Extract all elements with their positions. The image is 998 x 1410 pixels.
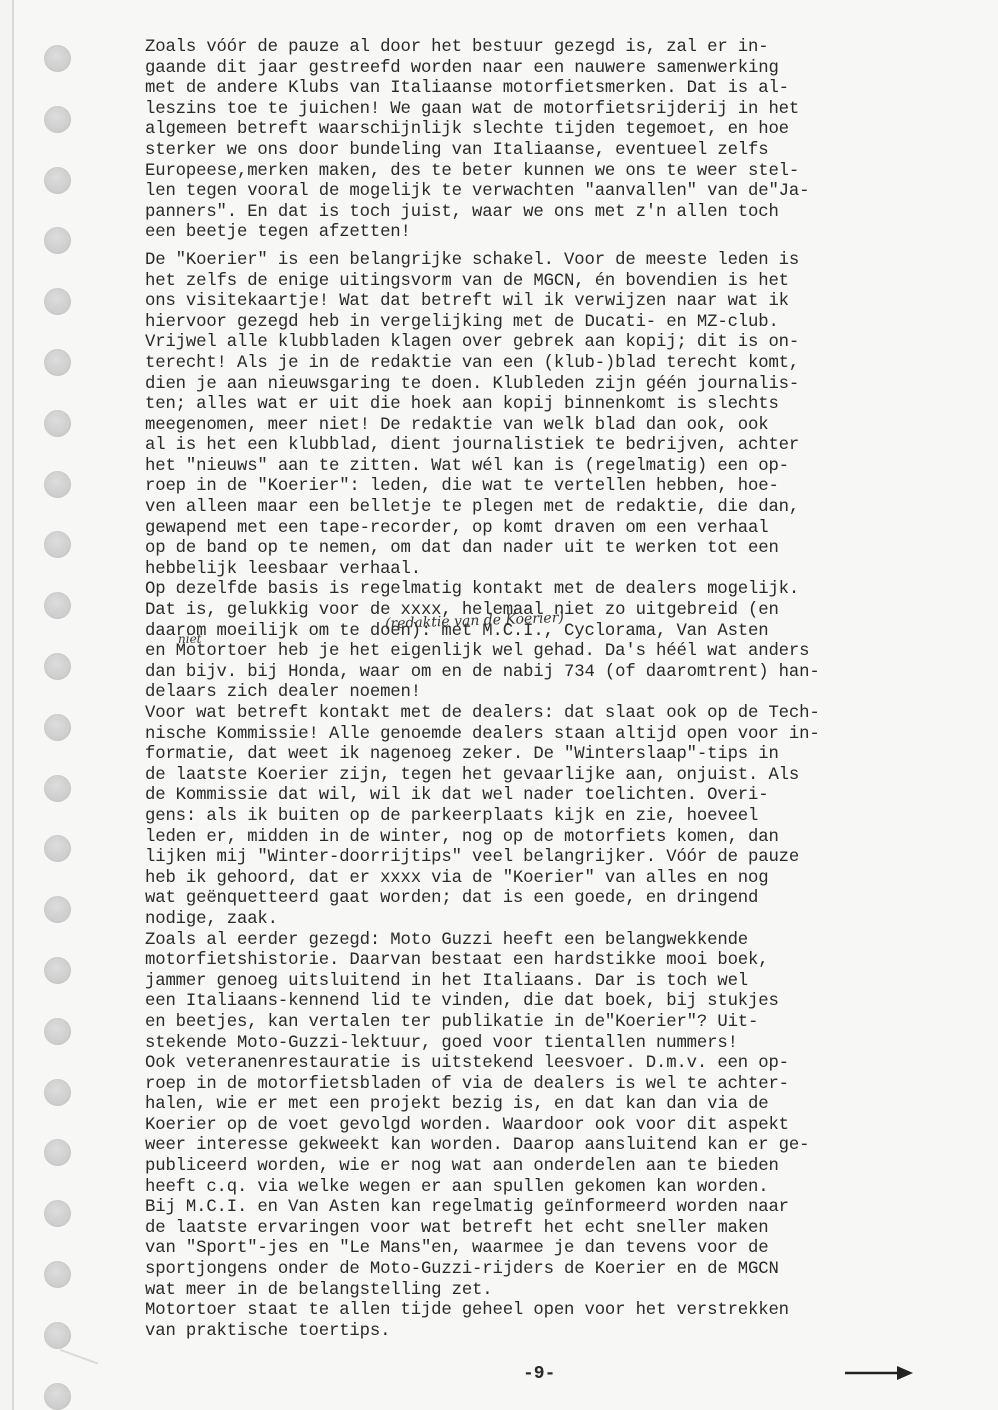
text-line: de laatste Koerier zijn, tegen het gevaa… [145,766,975,787]
text-line: roep in de "Koerier": leden, die wat te … [145,477,975,498]
punch-hole [44,106,71,133]
punch-hole [44,45,71,72]
text-line: gewapend met een tape-recorder, op komt … [145,519,975,540]
text-line: Bij M.C.I. en Van Asten kan regelmatig g… [145,1198,975,1219]
text-line: en beetjes, kan vertalen ter publikatie … [145,1013,975,1034]
text-line: wat meer in de belangstelling zet. [145,1281,975,1302]
text-line: terecht! Als je in de redaktie van een (… [145,354,975,375]
text-line: met de andere Klubs van Italiaanse motor… [145,79,975,100]
punch-hole [44,227,71,254]
text-line: dien je aan nieuwsgaring te doen. Kluble… [145,375,975,396]
text-line: gaande dit jaar gestreefd worden naar ee… [145,59,975,80]
punch-hole [44,288,71,315]
text-line: Europeese,merken maken, des te beter kun… [145,162,975,183]
punch-hole [44,1139,71,1166]
punch-hole [44,835,71,862]
text-line: Voor wat betreft kontakt met de dealers:… [145,704,975,725]
text-line: hebbelijk leesbaar verhaal. [145,560,975,581]
text-line: jammer genoeg uitsluitend in het Italiaa… [145,972,975,993]
text-line: hiervoor gezegd heb in vergelijking met … [145,313,975,334]
text-line: De "Koerier" is een belangrijke schakel.… [145,251,975,272]
text-line: ven alleen maar een belletje te plegen m… [145,498,975,519]
continue-arrow-icon [845,1365,913,1381]
text-line: een beetje tegen afzetten! [145,223,975,244]
text-line: Ook veteranenrestauratie is uitstekend l… [145,1054,975,1075]
punch-hole [44,714,71,741]
text-line: panners". En dat is toch juist, waar we … [145,203,975,224]
paragraph-gap [145,244,975,251]
punch-hole [44,957,71,984]
handwritten-annotation: niet [178,632,202,646]
punch-holes [44,0,74,1410]
text-line: publiceerd worden, wie er nog wat aan on… [145,1157,975,1178]
punch-hole [44,1383,71,1410]
text-line: Op dezelfde basis is regelmatig kontakt … [145,580,975,601]
text-line: halen, wie er met een projekt bezig is, … [145,1095,975,1116]
text-line: het zelfs de enige uitingsvorm van de MG… [145,272,975,293]
text-line: leden er, midden in de winter, nog op de… [145,828,975,849]
text-line: al is het een klubblad, dient journalist… [145,436,975,457]
text-line: leszins toe te juichen! We gaan wat de m… [145,100,975,121]
text-line: Zoals al eerder gezegd: Moto Guzzi heeft… [145,931,975,952]
text-line: lijken mij "Winter-doorrijtips" veel bel… [145,848,975,869]
text-line: de Kommissie dat wil, wil ik dat wel nad… [145,786,975,807]
text-line: het "nieuws" aan te zitten. Wat wél kan … [145,457,975,478]
text-line: heeft c.q. via welke wegen er aan spulle… [145,1178,975,1199]
text-line: dan bijv. bij Honda, waar om en de nabij… [145,663,975,684]
text-line: motorfietshistorie. Daarvan bestaat een … [145,951,975,972]
text-line: stekende Moto-Guzzi-lektuur, goed voor t… [145,1034,975,1055]
text-line: delaars zich dealer noemen! [145,683,975,704]
text-line: weer interesse gekweekt kan worden. Daar… [145,1136,975,1157]
punch-hole [44,592,71,619]
text-line: formatie, dat weet ik nagenoeg zeker. De… [145,745,975,766]
text-line: nische Kommissie! Alle genoemde dealers … [145,725,975,746]
text-line: en Motortoer heb je het eigenlijk wel ge… [145,642,975,663]
punch-hole [44,1079,71,1106]
text-line: van praktische toertips. [145,1322,975,1343]
text-line: sterker we ons door bundeling van Italia… [145,141,975,162]
text-line: Vrijwel alle klubbladen klagen over gebr… [145,333,975,354]
punch-hole [44,775,71,802]
text-line: roep in de motorfietsbladen of via de de… [145,1075,975,1096]
punch-hole [44,896,71,923]
text-line: nodige, zaak. [145,910,975,931]
text-line: ons visitekaartje! Wat dat betreft wil i… [145,292,975,313]
text-line: ten; alles wat er uit die hoek aan kopij… [145,395,975,416]
text-line: van "Sport"-jes en "Le Mans"en, waarmee … [145,1239,975,1260]
punch-hole [44,471,71,498]
punch-hole [44,1322,71,1349]
text-line: op de band op te nemen, om dat dan nader… [145,539,975,560]
text-line: wat geënquetteerd gaat worden; dat is ee… [145,889,975,910]
punch-hole [44,1200,71,1227]
punch-hole [44,1261,71,1288]
punch-hole [44,1018,71,1045]
text-line: Zoals vóór de pauze al door het bestuur … [145,38,975,59]
punch-hole [44,410,71,437]
text-line: algemeen betreft waarschijnlijk slechte … [145,120,975,141]
text-line: de laatste ervaringen voor wat betreft h… [145,1219,975,1240]
text-line: sportjongens onder de Moto-Guzzi-rijders… [145,1260,975,1281]
punch-hole [44,349,71,376]
text-line: len tegen vooral de mogelijk te verwacht… [145,182,975,203]
text-line: meegenomen, meer niet! De redaktie van w… [145,416,975,437]
typewritten-text: Zoals vóór de pauze al door het bestuur … [145,38,975,1342]
punch-hole [44,167,71,194]
text-line: heb ik gehoord, dat er xxxx via de "Koer… [145,869,975,890]
page-number: -9- [523,1364,555,1384]
text-line: Koerier op de voet gevolgd worden. Waard… [145,1116,975,1137]
text-line: gens: als ik buiten op de parkeerplaats … [145,807,975,828]
punch-hole [44,653,71,680]
text-line: Motortoer staat te allen tijde geheel op… [145,1301,975,1322]
text-line: een Italiaans-kennend lid te vinden, die… [145,992,975,1013]
punch-hole [44,531,71,558]
